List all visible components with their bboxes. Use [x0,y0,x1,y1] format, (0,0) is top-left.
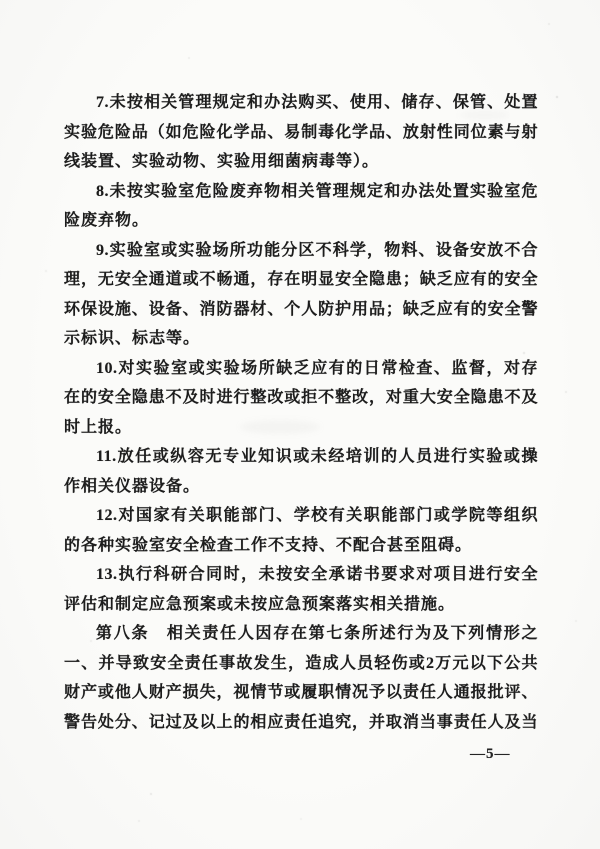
text-line: 险废弃物。 [64,206,538,236]
page-number: —5— [470,746,511,763]
text-line: 在的安全隐患不及时进行整改或拒不整改，对重大安全隐患不及 [64,383,538,413]
paragraph-item-12: 12.对国家有关职能部门、学校有关职能部门或学院等组织 的各种实验室安全检查工作… [64,501,538,560]
text-line: 9.实验室或实验场所功能分区不科学，物料、设备安放不合 [64,236,538,266]
document-body: 7.未按相关管理规定和办法购买、使用、储存、保管、处置 实验危险品（如危险化学品… [64,88,538,737]
paragraph-article-8: 第八条 相关责任人因存在第七条所述行为及下列情形之 一、并导致安全责任事故发生，… [64,619,538,737]
text-line: 线装置、实验动物、实验用细菌病毒等）。 [64,147,538,177]
text-line: 第八条 相关责任人因存在第七条所述行为及下列情形之 [64,619,538,649]
paragraph-item-10: 10.对实验室或实验场所缺乏应有的日常检查、监督，对存 在的安全隐患不及时进行整… [64,354,538,443]
paragraph-item-13: 13.执行科研合同时，未按安全承诺书要求对项目进行安全 评估和制定应急预案或未按… [64,560,538,619]
text-line: 示标识、标志等。 [64,324,538,354]
text-line: 7.未按相关管理规定和办法购买、使用、储存、保管、处置 [64,88,538,118]
paragraph-item-7: 7.未按相关管理规定和办法购买、使用、储存、保管、处置 实验危险品（如危险化学品… [64,88,538,177]
text-line: 11.放任或纵容无专业知识或未经培训的人员进行实验或操 [64,442,538,472]
text-line: 时上报。 [64,413,538,443]
text-line: 的各种实验室安全检查工作不支持、不配合甚至阻碍。 [64,531,538,561]
text-line: 作相关仪器设备。 [64,472,538,502]
text-line: 理，无安全通道或不畅通，存在明显安全隐患；缺乏应有的安全 [64,265,538,295]
text-line: 评估和制定应急预案或未按应急预案落实相关措施。 [64,590,538,620]
text-line: 13.执行科研合同时，未按安全承诺书要求对项目进行安全 [64,560,538,590]
scanned-document-page: 7.未按相关管理规定和办法购买、使用、储存、保管、处置 实验危险品（如危险化学品… [0,0,600,849]
text-line: 警告处分、记过及以上的相应责任追究，并取消当事责任人及当 [64,708,538,738]
text-line: 12.对国家有关职能部门、学校有关职能部门或学院等组织 [64,501,538,531]
scan-noise [0,0,2,2]
text-line: 财产或他人财产损失，视情节或履职情况予以责任人通报批评、 [64,678,538,708]
paragraph-item-9: 9.实验室或实验场所功能分区不科学，物料、设备安放不合 理，无安全通道或不畅通，… [64,236,538,354]
text-line: 8.未按实验室危险废弃物相关管理规定和办法处置实验室危 [64,177,538,207]
paragraph-item-11: 11.放任或纵容无专业知识或未经培训的人员进行实验或操 作相关仪器设备。 [64,442,538,501]
text-line: 环保设施、设备、消防器材、个人防护用品；缺乏应有的安全警 [64,295,538,325]
text-line: 一、并导致安全责任事故发生，造成人员轻伤或2万元以下公共 [64,649,538,679]
text-line: 10.对实验室或实验场所缺乏应有的日常检查、监督，对存 [64,354,538,384]
paragraph-item-8: 8.未按实验室危险废弃物相关管理规定和办法处置实验室危 险废弃物。 [64,177,538,236]
text-line: 实验危险品（如危险化学品、易制毒化学品、放射性同位素与射 [64,118,538,148]
